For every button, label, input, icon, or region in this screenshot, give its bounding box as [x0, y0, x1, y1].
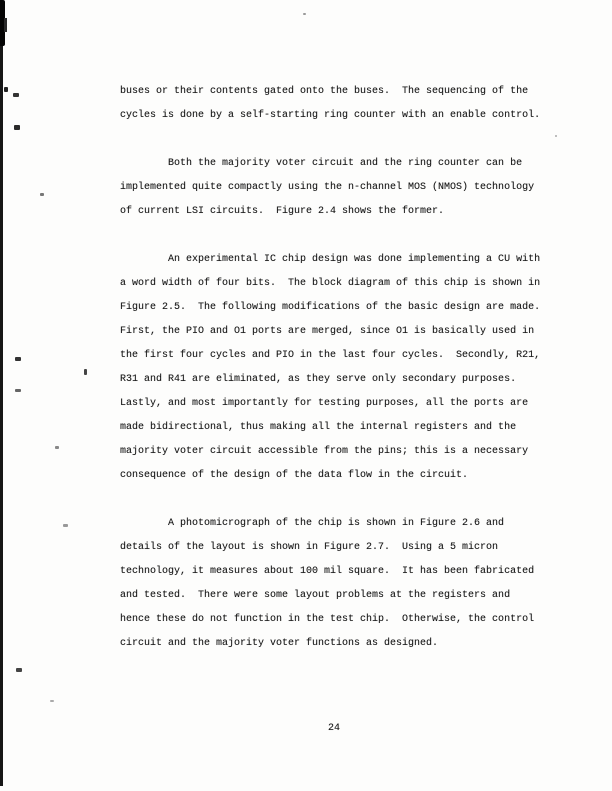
- text-line: consequence of the design of the data fl…: [120, 464, 540, 488]
- scan-speck: [15, 357, 21, 361]
- text-line: majority voter circuit accessible from t…: [120, 440, 540, 464]
- scan-speck: [4, 87, 8, 92]
- text-line: Figure 2.5. The following modifications …: [120, 296, 540, 320]
- scan-speck: [50, 700, 54, 702]
- text-line: a word width of four bits. The block dia…: [120, 272, 540, 296]
- text-line: and tested. There were some layout probl…: [120, 584, 540, 608]
- scan-speck: [15, 389, 21, 392]
- paragraph-4: A photomicrograph of the chip is shown i…: [120, 512, 540, 656]
- text-line: hence these do not function in the test …: [120, 608, 540, 632]
- scan-speck: [14, 125, 20, 130]
- text-line: implemented quite compactly using the n-…: [120, 176, 540, 200]
- text-line: the first four cycles and PIO in the las…: [120, 344, 540, 368]
- text-line: of current LSI circuits. Figure 2.4 show…: [120, 200, 540, 224]
- scanned-document-page: buses or their contents gated onto the b…: [0, 0, 612, 791]
- text-line: Lastly, and most importantly for testing…: [120, 392, 540, 416]
- page-body-text: buses or their contents gated onto the b…: [120, 80, 540, 656]
- paragraph-2: Both the majority voter circuit and the …: [120, 152, 540, 224]
- scan-speck: [13, 93, 19, 97]
- text-line: A photomicrograph of the chip is shown i…: [120, 512, 540, 536]
- text-line: buses or their contents gated onto the b…: [120, 80, 540, 104]
- scan-speck: [40, 193, 44, 196]
- scan-speck: [303, 13, 306, 15]
- text-line: First, the PIO and O1 ports are merged, …: [120, 320, 540, 344]
- text-line: technology, it measures about 100 mil sq…: [120, 560, 540, 584]
- page-number: 24: [328, 722, 340, 736]
- text-line: R31 and R41 are eliminated, as they serv…: [120, 368, 540, 392]
- text-line: made bidirectional, thus making all the …: [120, 416, 540, 440]
- text-line: circuit and the majority voter functions…: [120, 632, 540, 656]
- paragraph-1: buses or their contents gated onto the b…: [120, 80, 540, 128]
- text-line: Both the majority voter circuit and the …: [120, 152, 540, 176]
- scan-speck: [84, 369, 87, 375]
- scan-speck: [55, 446, 59, 449]
- scan-edge-strip: [0, 0, 3, 786]
- text-line: cycles is done by a self-starting ring c…: [120, 104, 540, 128]
- scan-speck: [63, 524, 68, 527]
- paragraph-3: An experimental IC chip design was done …: [120, 248, 540, 488]
- scan-speck: [16, 668, 22, 672]
- scan-speck: [555, 135, 557, 137]
- text-line: An experimental IC chip design was done …: [120, 248, 540, 272]
- text-line: details of the layout is shown in Figure…: [120, 536, 540, 560]
- scan-edge-blob-fragment: [4, 18, 7, 32]
